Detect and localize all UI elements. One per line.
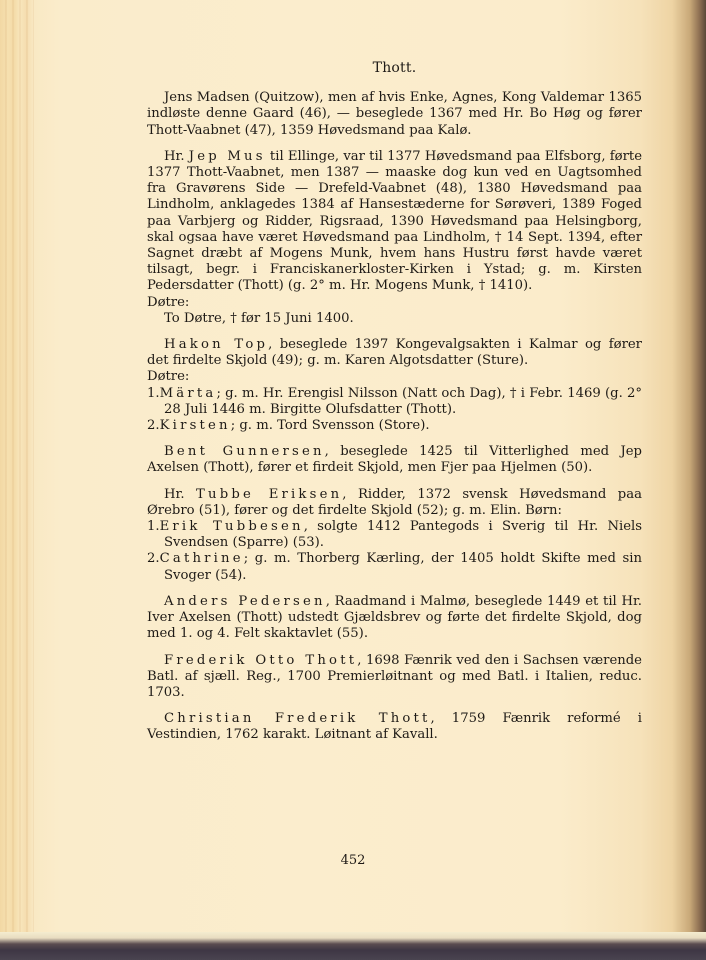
- child-number: 1.: [147, 519, 160, 534]
- entry-anders-pedersen: Anders Pedersen, Raadmand i Malmø, beseg…: [147, 594, 642, 643]
- entry-hakon-top: Hakon Top, beseglede 1397 Kongevalgsakte…: [147, 337, 642, 434]
- children-note: To Døtre, † før 15 Juni 1400.: [147, 311, 642, 327]
- book-page: Thott. Jens Madsen (Quitzow), men af hvi…: [0, 0, 706, 932]
- page-bottom-edge: [0, 932, 706, 960]
- entry-name: Jep Mus: [189, 149, 266, 164]
- entry-name: Frederik Otto Thott: [164, 653, 357, 668]
- child-item: 1.Erik Tubbesen, solgte 1412 Pantegods i…: [147, 519, 642, 551]
- children-label: Døtre:: [147, 369, 642, 385]
- entry-name: Tubbe Eriksen: [196, 487, 342, 502]
- child-text: ; g. m. Tord Svensson (Store).: [231, 418, 430, 433]
- entry-name: Hakon Top: [164, 337, 268, 352]
- running-head: Thott.: [147, 60, 642, 76]
- child-number: 1.: [147, 386, 160, 401]
- child-number: 2.: [147, 418, 160, 433]
- entry-frederik-otto-thott: Frederik Otto Thott, 1698 Fænrik ved den…: [147, 653, 642, 702]
- entry-name: Anders Pedersen: [164, 594, 326, 609]
- child-name: Cathrine: [160, 551, 244, 566]
- child-name: Erik Tubbesen: [160, 519, 304, 534]
- page-number: 452: [0, 853, 706, 868]
- entry-tubbe-eriksen: Hr. Tubbe Eriksen, Ridder, 1372 svensk H…: [147, 487, 642, 584]
- child-text: ; g. m. Hr. Erengisl Nilsson (Natt och D…: [164, 386, 642, 417]
- entry-prefix: Hr.: [164, 487, 196, 502]
- entry-name: Bent Gunnersen: [164, 444, 325, 459]
- entry-prefix: Hr.: [164, 149, 189, 164]
- entry-text: til Ellinge, var til 1377 Høvedsmand paa…: [147, 149, 642, 294]
- entry-jep-mus: Hr. Jep Mus til Ellinge, var til 1377 Hø…: [147, 149, 642, 327]
- page-text: Thott. Jens Madsen (Quitzow), men af hvi…: [147, 60, 642, 754]
- entry-christian-frederik-thott: Christian Frederik Thott, 1759 Fænrik re…: [147, 711, 642, 743]
- entry-text: Jens Madsen (Quitzow), men af hvis Enke,…: [147, 90, 642, 137]
- child-item: 2.Kirsten; g. m. Tord Svensson (Store).: [147, 418, 642, 434]
- entry-jens-madsen: Jens Madsen (Quitzow), men af hvis Enke,…: [147, 90, 642, 139]
- entry-name: Christian Frederik Thott: [164, 711, 431, 726]
- child-item: 1.Märta; g. m. Hr. Erengisl Nilsson (Nat…: [147, 386, 642, 418]
- child-item: 2.Cathrine; g. m. Thorberg Kærling, der …: [147, 551, 642, 583]
- child-name: Kirsten: [160, 418, 231, 433]
- child-name: Märta: [160, 386, 217, 401]
- entry-bent-gunnersen: Bent Gunnersen, beseglede 1425 til Vitte…: [147, 444, 642, 476]
- children-label: Døtre:: [147, 295, 642, 311]
- child-number: 2.: [147, 551, 160, 566]
